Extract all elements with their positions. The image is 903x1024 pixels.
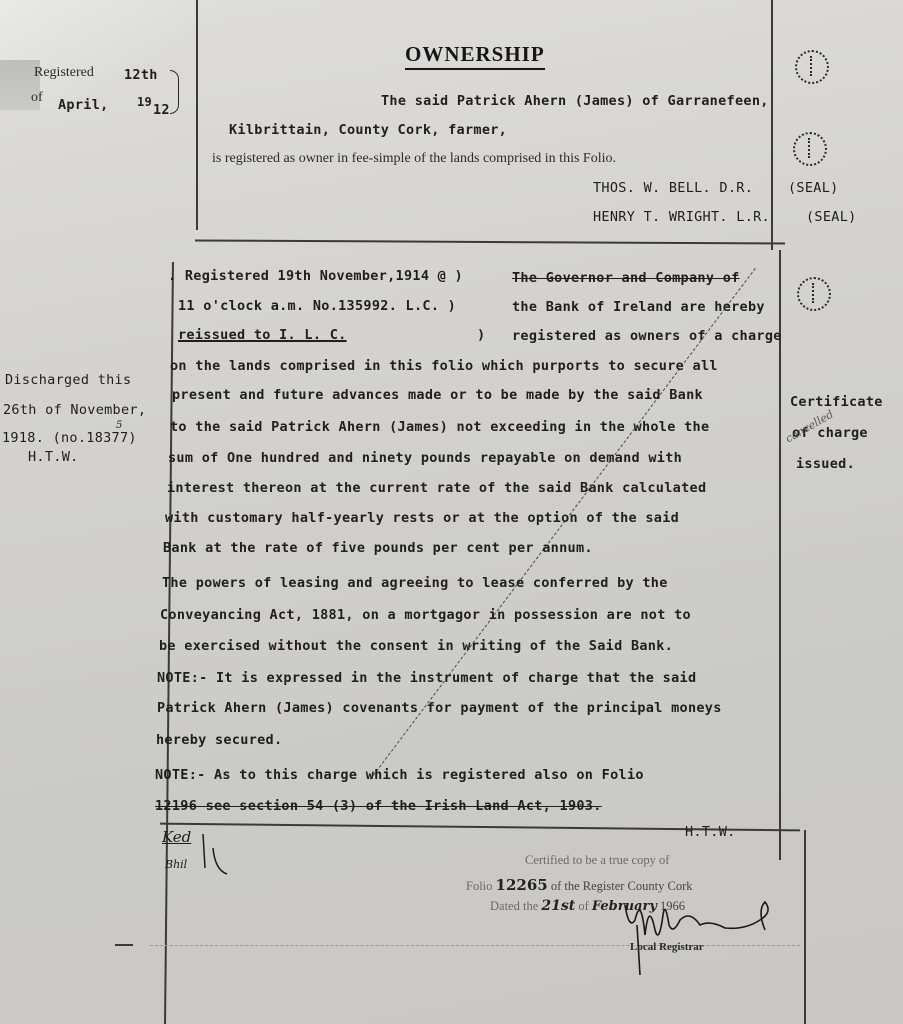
section-divider [195,239,785,244]
charge-reissued-bracket: ) [477,327,485,343]
chargee-line-1-text: The Governor and Company of [512,270,740,286]
chargee-line-1: The Governor and Company of [512,270,740,286]
note-2-line-1: NOTE:- As to this charge which is regist… [155,767,644,783]
stamp-line-1: Certified to be a true copy of [525,853,669,868]
owner-line-2: Kilbrittain, County Cork, farmer, [229,122,507,138]
document-page: OWNERSHIP Registered 12th of April, 19 1… [0,0,903,1024]
charge-body-line: be exercised without the consent in writ… [159,638,673,654]
discharge-line-2: 26th of November, [3,402,146,418]
signatory-2: HENRY T. WRIGHT. L.R. [593,209,770,225]
registered-label: Registered [34,65,94,81]
brace-icon [170,70,179,114]
owner-line-3: is registered as owner in fee-simple of … [212,151,616,167]
stamp-dated-label: Dated the [490,899,538,913]
chargee-line-3: registered as owners of a charge [512,328,782,344]
charge-body-line: interest thereon at the current rate of … [167,480,706,496]
charge-body-line: to the said Patrick Ahern (James) not ex… [170,419,709,435]
charge-body-line: sum of One hundred and ninety pounds rep… [168,450,682,466]
charge-body-line: Conveyancing Act, 1881, on a mortgagor i… [160,607,691,623]
handwritten-flourish-icon [195,830,230,880]
registered-month: April, [58,97,109,113]
discharge-correction-mark: 5 [116,420,122,431]
stamp-folio-number: 12265 [496,876,548,894]
signatory-1-seal: (SEAL) [788,180,839,196]
signatory-1: THOS. W. BELL. D.R. [593,180,753,196]
discharge-initials: H.T.W. [28,449,79,465]
page-title: OWNERSHIP [405,42,545,70]
note-1-line: NOTE:- It is expressed in the instrument… [157,670,696,686]
stamp-dated-day: 21st [541,898,575,914]
embossed-seal-icon [793,132,827,166]
registered-day: 12th [124,67,158,83]
owner-line-1: The said Patrick Ahern (James) of Garran… [381,93,769,109]
note-1-line: hereby secured. [156,732,282,748]
registered-of: of [31,90,43,106]
stamp-role: Local Registrar [630,941,704,953]
charge-reissued-line: reissued to I. L. C. [178,327,468,343]
discharge-line-1: Discharged this [5,372,131,388]
registered-year-suffix: 12 [153,102,170,118]
certificate-line-1: Certificate [790,394,883,410]
left-column-rule-top [196,0,198,230]
charge-body-line: present and future advances made or to b… [172,387,703,403]
right-column-rule-bottom [804,830,806,1024]
certificate-line-3: issued. [796,456,855,472]
charge-registration-line-1: . Registered 19th November,1914 @ ) [168,268,463,284]
charge-body-line: with customary half-yearly rests or at t… [165,510,679,526]
embossed-seal-icon [795,50,829,84]
margin-tick [115,944,133,946]
charge-initials: H.T.W. [685,824,736,840]
charge-body-line: on the lands comprised in this folio whi… [170,358,718,374]
charge-registration-line-2: 11 o'clock a.m. No.135992. L.C. ) [178,298,456,314]
charge-body-line: Bank at the rate of five pounds per cent… [163,540,593,556]
signatory-2-seal: (SEAL) [806,209,857,225]
embossed-seal-icon [797,277,831,311]
charge-body-line: The powers of leasing and agreeing to le… [162,575,668,591]
stamp-dated-of: of [578,899,588,913]
handwritten-initials-1: Ked [162,828,191,846]
registered-year-prefix: 19 [137,95,152,109]
discharge-line-3: 1918. (no.18377) [2,430,137,446]
handwritten-initials-2: Bhil [165,858,187,871]
chargee-line-2: the Bank of Ireland are hereby [512,299,765,315]
registrar-signature-icon [615,890,785,980]
stamp-folio-label: Folio [466,879,492,893]
right-column-rule-top [771,0,773,250]
note-2-line-2: 12196 see section 54 (3) of the Irish La… [155,798,602,814]
note-1-line: Patrick Ahern (James) covenants for paym… [157,700,722,716]
